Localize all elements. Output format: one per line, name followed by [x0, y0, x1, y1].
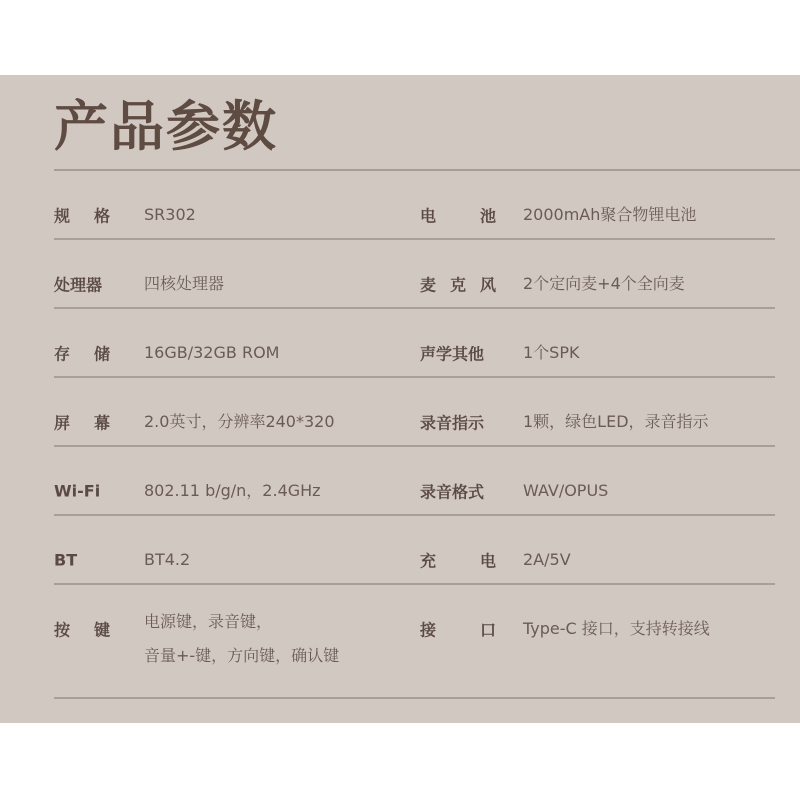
spec-label: 屏 幕 [54, 411, 110, 434]
label-char: 格 [94, 204, 110, 227]
spec-label: 按 键 [54, 618, 110, 641]
spec-row-battery: 电 池 2000mAh聚合物锂电池 [400, 171, 775, 240]
label-char: 电 [480, 549, 496, 572]
spec-row-bluetooth: BT BT4.2 [54, 516, 400, 585]
label-char: 池 [480, 204, 496, 227]
spec-value: 2000mAh聚合物锂电池 [523, 198, 696, 232]
spec-label: 处理器 [54, 273, 110, 296]
spec-row-storage: 存 储 16GB/32GB ROM [54, 309, 400, 378]
spec-value: Type-C 接口，支持转接线 [523, 612, 710, 646]
label-char: 按 [54, 618, 70, 641]
spec-row-buttons: 按 键 电源键，录音键， 音量+-键，方向键，确认键 [54, 585, 400, 699]
label-char: 电 [420, 204, 436, 227]
spec-value: 2个定向麦+4个全向麦 [523, 267, 685, 301]
label-char: 录音格式 [420, 480, 484, 503]
label-char: 接 [420, 618, 436, 641]
spec-label: 声学其他 [420, 342, 496, 365]
page-title: 产品参数 [54, 92, 278, 162]
spec-value: 1颗，绿色LED，录音指示 [523, 405, 709, 439]
label-char: 风 [480, 273, 496, 296]
label-char: 声学其他 [420, 342, 484, 365]
spec-label: Wi-Fi [54, 482, 110, 501]
spec-label: 录音指示 [420, 411, 496, 434]
label-char: 录音指示 [420, 411, 484, 434]
left-spec-column: 规 格 SR302 处理器 四核处理器 存 储 16GB/32GB ROM 屏 … [54, 171, 400, 699]
label-char: 幕 [94, 411, 110, 434]
spec-row-wifi: Wi-Fi 802.11 b/g/n，2.4GHz [54, 447, 400, 516]
label-char: 规 [54, 204, 70, 227]
spec-row-acoustic-other: 声学其他 1个SPK [400, 309, 775, 378]
label-char: 麦 [420, 273, 436, 296]
label-char: 克 [450, 273, 466, 296]
label-char: 存 [54, 342, 70, 365]
spec-label: 充 电 [420, 549, 496, 572]
spec-value: 1个SPK [523, 336, 579, 370]
label-char: 充 [420, 549, 436, 572]
label-char: 键 [94, 618, 110, 641]
spec-value: 电源键，录音键， 音量+-键，方向键，确认键 [144, 605, 339, 673]
label-char: 屏 [54, 411, 70, 434]
spec-label: 存 储 [54, 342, 110, 365]
spec-value: SR302 [144, 198, 196, 232]
spec-value: 802.11 b/g/n，2.4GHz [144, 474, 321, 508]
spec-value: 2A/5V [523, 543, 571, 577]
spec-value: WAV/OPUS [523, 474, 608, 508]
spec-row-port: 接 口 Type-C 接口，支持转接线 [400, 585, 775, 699]
spec-label: 麦 克 风 [420, 273, 496, 296]
spec-row-recording-indicator: 录音指示 1颗，绿色LED，录音指示 [400, 378, 775, 447]
spec-row-recording-format: 录音格式 WAV/OPUS [400, 447, 775, 516]
spec-label: 电 池 [420, 204, 496, 227]
label-char: 储 [94, 342, 110, 365]
spec-label: BT [54, 551, 110, 570]
label-char: BT [54, 551, 77, 570]
spec-row-spec: 规 格 SR302 [54, 171, 400, 240]
spec-value: BT4.2 [144, 543, 190, 577]
label-char: 口 [480, 618, 496, 641]
spec-label: 录音格式 [420, 480, 496, 503]
spec-row-screen: 屏 幕 2.0英寸，分辨率240*320 [54, 378, 400, 447]
spec-value: 16GB/32GB ROM [144, 336, 279, 370]
spec-value: 2.0英寸，分辨率240*320 [144, 405, 335, 439]
spec-label: 接 口 [420, 618, 496, 641]
spec-value-line: 音量+-键，方向键，确认键 [144, 639, 339, 673]
label-char: 处理器 [54, 273, 102, 296]
spec-label: 规 格 [54, 204, 110, 227]
spec-value-line: Type-C 接口，支持转接线 [523, 612, 710, 646]
spec-value-line: 电源键，录音键， [144, 605, 339, 639]
right-spec-column: 电 池 2000mAh聚合物锂电池 麦 克 风 2个定向麦+4个全向麦 声学其他… [400, 171, 775, 699]
spec-value: 四核处理器 [144, 267, 224, 301]
spec-row-processor: 处理器 四核处理器 [54, 240, 400, 309]
spec-row-microphone: 麦 克 风 2个定向麦+4个全向麦 [400, 240, 775, 309]
label-char: Wi-Fi [54, 482, 100, 501]
spec-row-charging: 充 电 2A/5V [400, 516, 775, 585]
